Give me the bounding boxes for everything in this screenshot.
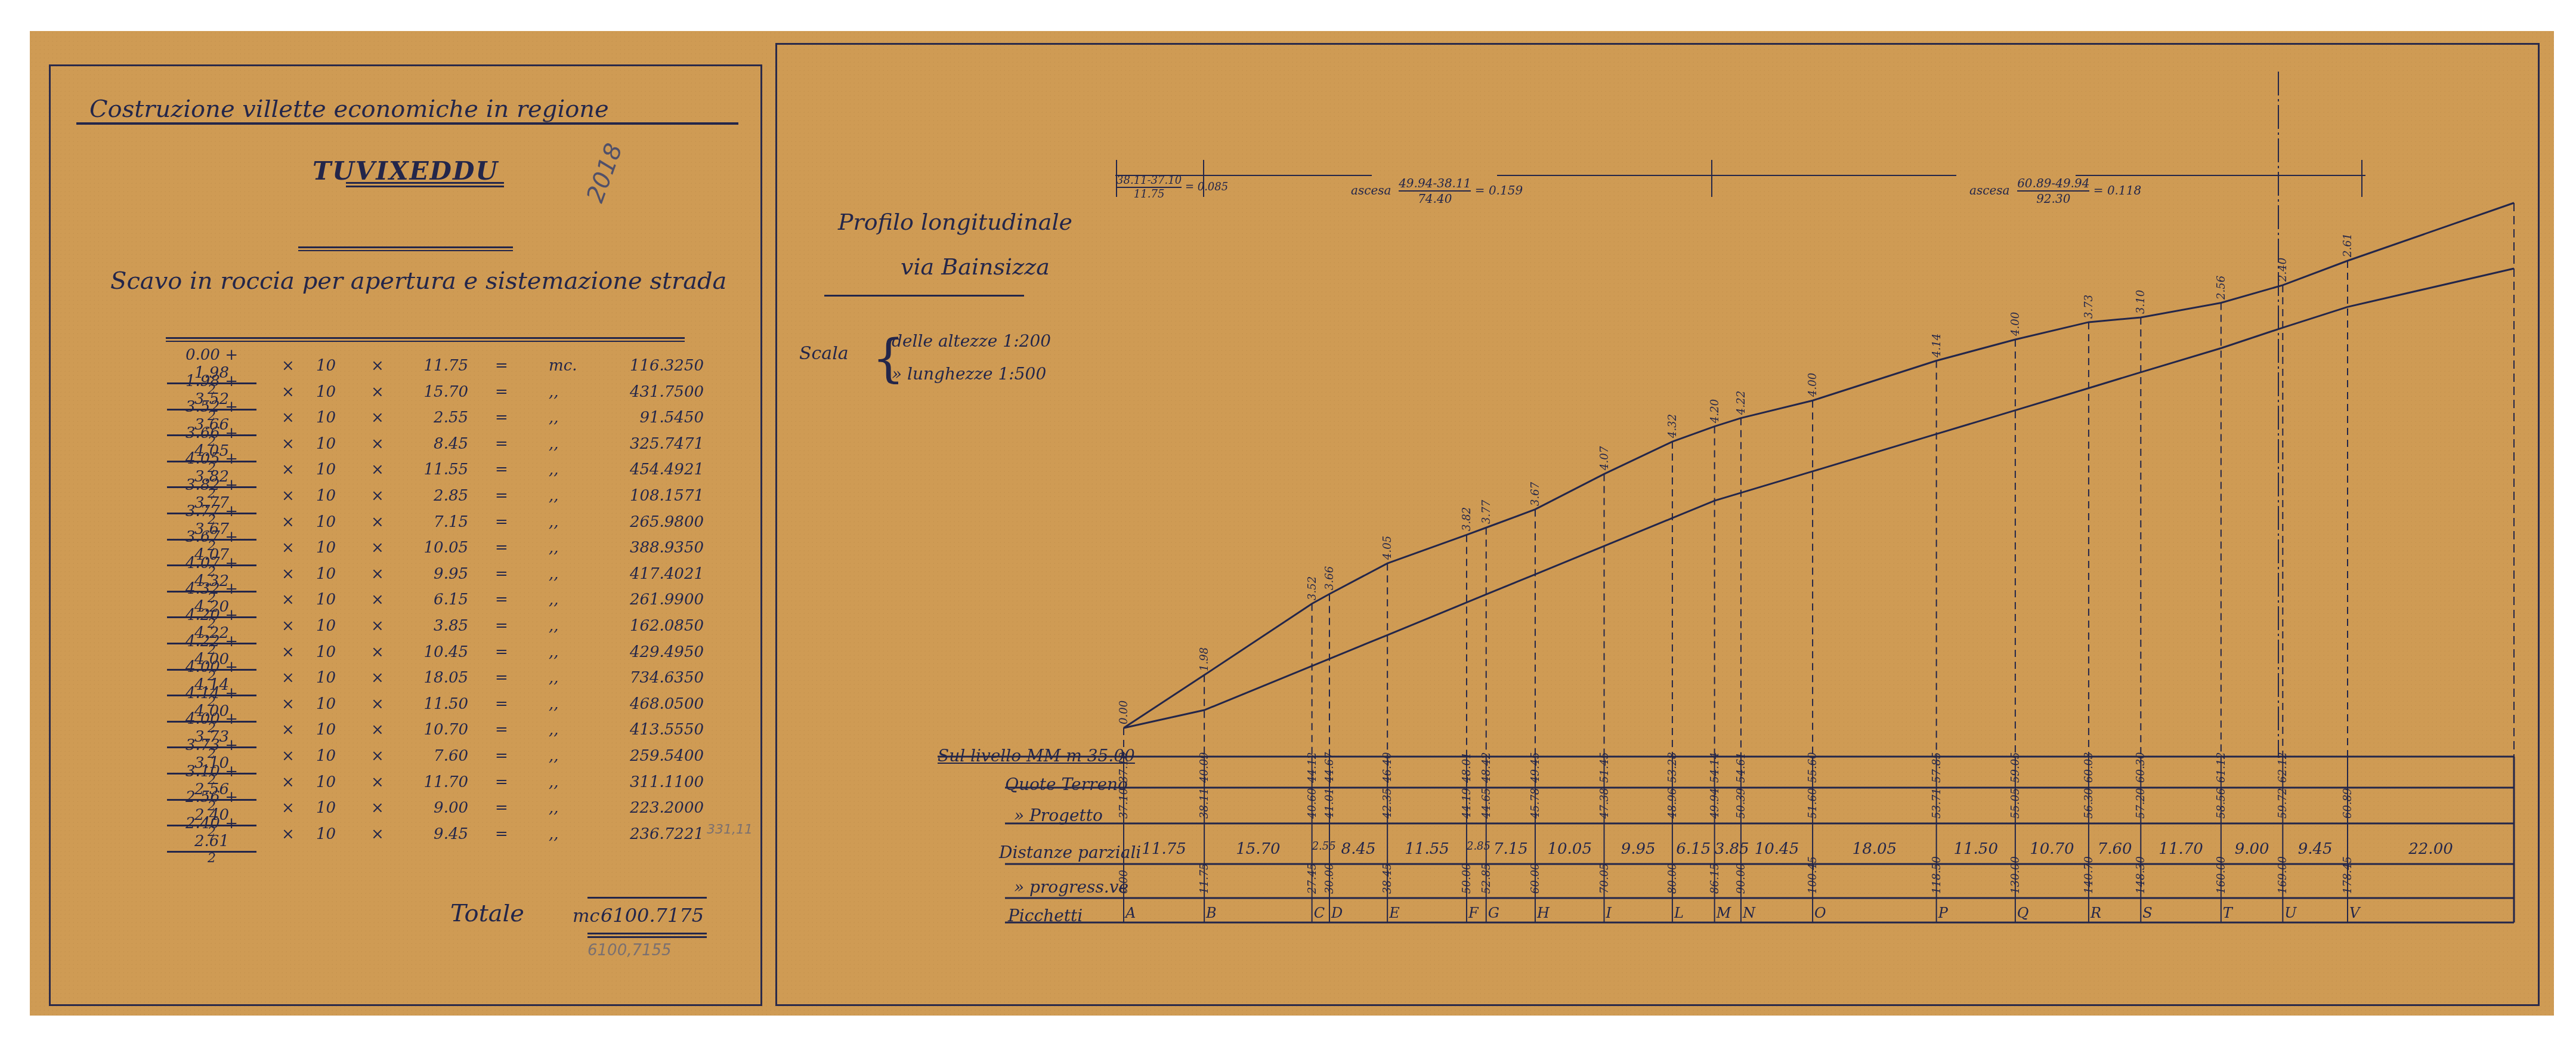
- progressive-distance-value: 0.00: [1118, 870, 1130, 894]
- partial-distance-value: 9.95: [1604, 840, 1672, 858]
- terrain-elevation-value: 40.09: [1198, 752, 1211, 783]
- cut-depth-label: 4.07: [1598, 446, 1611, 470]
- cut-depth-label: 2.56: [2215, 275, 2228, 299]
- design-elevation-value: 37.10: [1118, 788, 1130, 819]
- terrain-elevation-value: 54.61: [1735, 752, 1748, 783]
- design-elevation-value: 55.05: [2009, 788, 2022, 819]
- progressive-distance-value: 70.05: [1598, 863, 1611, 894]
- partial-distance-value: 22.00: [2348, 840, 2514, 858]
- partial-distance-value: 7.60: [2089, 840, 2141, 858]
- progressive-distance-value: 60.00: [1529, 863, 1542, 894]
- terrain-elevation-value: 37.10: [1118, 752, 1130, 783]
- row-label-partial: Distanze parziali: [999, 843, 1141, 862]
- cut-depth-label: 4.00: [1807, 373, 1819, 397]
- row-label-stakes: Picchetti: [1008, 906, 1083, 925]
- stake-label: L: [1674, 905, 1684, 921]
- terrain-elevation-value: 48.01: [1461, 752, 1473, 783]
- terrain-elevation-value: 51.45: [1598, 752, 1611, 783]
- progressive-distance-value: 100.45: [1807, 856, 1819, 894]
- partial-distance-value: 3.85: [1715, 840, 1741, 858]
- design-elevation-value: 51.60: [1807, 788, 1819, 819]
- terrain-elevation-value: 60.03: [2083, 752, 2095, 783]
- design-elevation-value: 44.65: [1480, 788, 1493, 819]
- design-elevation-value: 44.19: [1461, 788, 1473, 819]
- design-elevation-value: 38.11: [1198, 788, 1211, 819]
- stake-label: U: [2284, 905, 2296, 921]
- stake-label: S: [2142, 905, 2152, 921]
- terrain-elevation-value: 62.12: [2277, 752, 2289, 783]
- terrain-elevation-value: 49.45: [1529, 752, 1542, 783]
- partial-distance-value: 9.45: [2283, 840, 2348, 858]
- stake-label: N: [1743, 905, 1755, 921]
- progressive-distance-value: 140.70: [2083, 856, 2095, 894]
- partial-distance-value: 11.55: [1387, 840, 1467, 858]
- design-elevation-value: 40.60: [1306, 788, 1319, 819]
- stake-label: T: [2223, 905, 2232, 921]
- terrain-elevation-value: 60.30: [2135, 752, 2147, 783]
- cut-depth-label: 3.67: [1529, 482, 1542, 506]
- terrain-profile-line: [1124, 203, 2514, 728]
- cut-depth-label: 0.00: [1118, 701, 1130, 724]
- cut-depth-label: 4.05: [1381, 536, 1394, 560]
- design-elevation-value: 42.35: [1381, 788, 1394, 819]
- design-elevation-value: 50.39: [1735, 788, 1748, 819]
- design-elevation-value: 59.72: [2277, 788, 2289, 819]
- stake-label: V: [2349, 905, 2359, 921]
- partial-distance-value: 11.75: [1124, 840, 1204, 858]
- partial-distance-value: 10.05: [1535, 840, 1604, 858]
- cut-depth-label: 1.98: [1198, 647, 1211, 671]
- row-label-design: » Progetto: [1014, 806, 1103, 825]
- cut-depth-label: 4.14: [1931, 333, 1943, 357]
- progressive-distance-value: 52.85: [1480, 863, 1493, 894]
- progressive-distance-value: 50.00: [1461, 863, 1473, 894]
- stake-label: G: [1488, 905, 1499, 921]
- stake-label: P: [1938, 905, 1948, 921]
- terrain-elevation-value: 57.85: [1931, 752, 1943, 783]
- design-profile-line: [1124, 269, 2514, 728]
- cut-depth-label: 4.32: [1666, 414, 1679, 438]
- stake-label: F: [1468, 905, 1479, 921]
- stake-label: O: [1814, 905, 1826, 921]
- progressive-distance-value: 86.15: [1709, 863, 1721, 894]
- stake-label: A: [1125, 905, 1136, 921]
- terrain-elevation-value: 44.67: [1323, 752, 1336, 783]
- terrain-elevation-value: 48.42: [1480, 752, 1493, 783]
- stake-label: Q: [2017, 905, 2029, 921]
- partial-distance-value: 6.15: [1672, 840, 1715, 858]
- progressive-distance-value: 169.00: [2277, 856, 2289, 894]
- cut-depth-label: 3.73: [2083, 295, 2095, 319]
- progressive-distance-value: 30.00: [1323, 863, 1336, 894]
- terrain-elevation-value: 46.40: [1381, 752, 1394, 783]
- progressive-distance-value: 178.45: [2342, 856, 2354, 894]
- stake-label: I: [1606, 905, 1612, 921]
- longitudinal-profile-drawing: [0, 0, 2576, 1046]
- partial-distance-value: 15.70: [1204, 840, 1312, 858]
- terrain-elevation-value: 54.14: [1709, 752, 1721, 783]
- design-elevation-value: 56.30: [2083, 788, 2095, 819]
- row-label-progressive: » progress.ve: [1014, 877, 1128, 897]
- progressive-distance-value: 130.00: [2009, 856, 2022, 894]
- progressive-distance-value: 90.00: [1735, 863, 1748, 894]
- terrain-elevation-value: 55.60: [1807, 752, 1819, 783]
- partial-distance-value: 2.85: [1467, 840, 1486, 853]
- stake-label: R: [2091, 905, 2101, 921]
- design-elevation-value: 57.20: [2135, 788, 2147, 819]
- cut-depth-label: 4.20: [1709, 399, 1721, 423]
- terrain-elevation-value: 59.05: [2009, 752, 2022, 783]
- cut-depth-label: 4.00: [2009, 312, 2022, 336]
- cut-depth-label: 3.82: [1461, 507, 1473, 531]
- design-elevation-value: 58.56: [2215, 788, 2228, 819]
- partial-distance-value: 2.55: [1312, 840, 1329, 853]
- progressive-distance-value: 160.00: [2215, 856, 2228, 894]
- design-elevation-value: 48.96: [1666, 788, 1679, 819]
- partial-distance-value: 10.70: [2015, 840, 2089, 858]
- cut-depth-label: 4.22: [1735, 391, 1748, 415]
- progressive-distance-value: 27.45: [1306, 863, 1319, 894]
- terrain-elevation-value: 53.28: [1666, 752, 1679, 783]
- partial-distance-value: 10.45: [1741, 840, 1813, 858]
- stake-label: B: [1206, 905, 1217, 921]
- datum-label: Sul livello MM m 35.00: [938, 746, 1135, 766]
- partial-distance-value: 11.70: [2141, 840, 2221, 858]
- stake-label: H: [1537, 905, 1550, 921]
- cut-depth-label: 2.61: [2342, 233, 2354, 257]
- stake-label: M: [1717, 905, 1731, 921]
- terrain-elevation-value: 61.12: [2215, 752, 2228, 783]
- cut-depth-label: 3.52: [1306, 576, 1319, 600]
- partial-distance-value: 8.45: [1329, 840, 1387, 858]
- progressive-distance-value: 118.50: [1931, 856, 1943, 894]
- design-elevation-value: 45.78: [1529, 788, 1542, 819]
- progressive-distance-value: 11.75: [1198, 863, 1211, 894]
- cut-depth-label: 3.66: [1323, 566, 1336, 590]
- design-elevation-value: 49.94: [1709, 788, 1721, 819]
- stake-label: D: [1331, 905, 1343, 921]
- cut-depth-label: 3.77: [1480, 500, 1493, 524]
- progressive-distance-value: 80.00: [1666, 863, 1679, 894]
- stake-label: C: [1314, 905, 1325, 921]
- cut-depth-label: 2.40: [2277, 258, 2289, 282]
- partial-distance-value: 9.00: [2221, 840, 2283, 858]
- progressive-distance-value: 38.45: [1381, 863, 1394, 894]
- design-elevation-value: 53.71: [1931, 788, 1943, 819]
- design-elevation-value: 47.38: [1598, 788, 1611, 819]
- cut-depth-label: 3.10: [2135, 290, 2147, 314]
- partial-distance-value: 11.50: [1937, 840, 2015, 858]
- terrain-elevation-value: 44.12: [1306, 752, 1319, 783]
- row-label-terrain: Quote Terreno: [1005, 775, 1128, 794]
- stake-label: E: [1389, 905, 1400, 921]
- partial-distance-value: 7.15: [1486, 840, 1535, 858]
- progressive-distance-value: 148.30: [2135, 856, 2147, 894]
- design-elevation-value: 41.01: [1323, 788, 1336, 819]
- design-elevation-value: 60.89: [2342, 788, 2354, 819]
- partial-distance-value: 18.05: [1813, 840, 1937, 858]
